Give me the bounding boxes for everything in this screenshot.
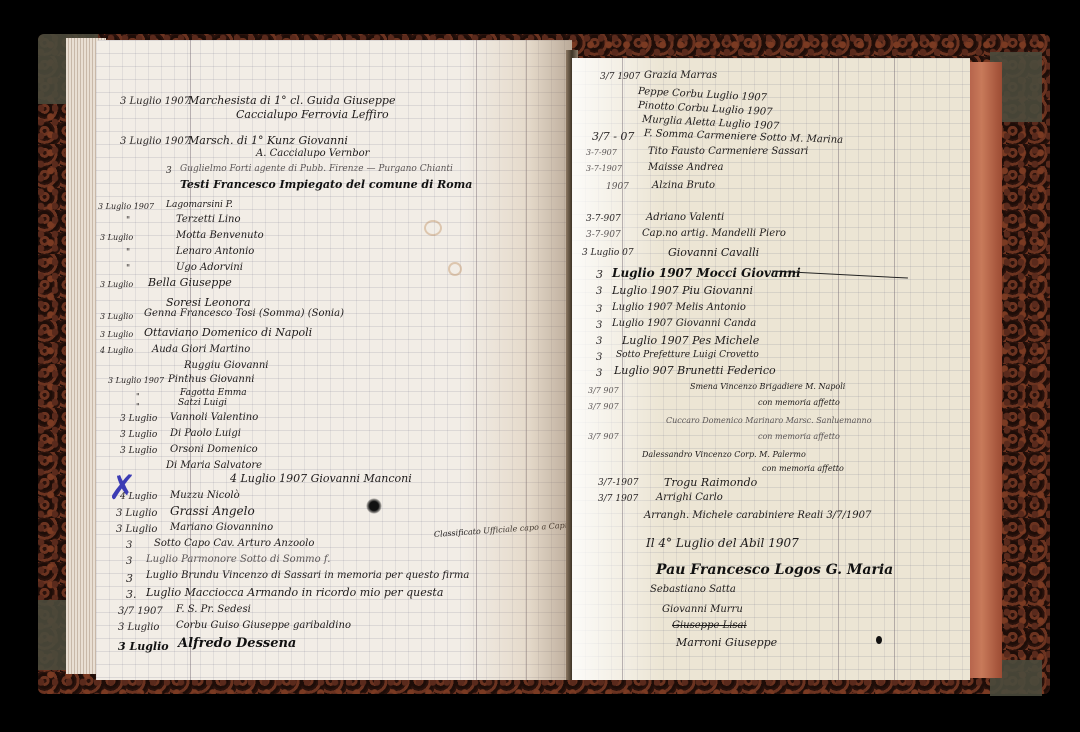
entry-text: Fagotta Emma	[180, 388, 247, 398]
entry-text: Giuseppe Lisai	[672, 620, 747, 631]
entry-text: Terzetti Lino	[176, 214, 241, 225]
entry-text: Luglio Brundu Vincenzo di Sassari in mem…	[146, 570, 469, 581]
entry-text: Giovanni Murru	[662, 604, 743, 615]
entry-date: 3 Luglio	[100, 233, 133, 242]
page-edges-right	[968, 62, 1002, 678]
entry-date: 3 Luglio	[100, 312, 133, 321]
column-rule	[526, 40, 527, 680]
entry-text: Luglio 1907 Giovanni Canda	[612, 318, 756, 329]
entry-text: Testi Francesco Impiegato del comune di …	[180, 178, 472, 191]
entry-text: Vannoli Valentino	[170, 412, 258, 423]
entry-text: Di Paolo Luigi	[170, 428, 241, 439]
entry-date: 3 Luglio 1907	[120, 136, 190, 147]
ink-dot	[876, 636, 882, 644]
entry-text: Marroni Giuseppe	[676, 636, 777, 649]
entry-text: Luglio 907 Brunetti Federico	[614, 364, 776, 377]
entry-date: 3 Luglio	[116, 524, 157, 535]
entry-date: 3 Luglio	[120, 446, 157, 456]
entry-date: 3/7 - 07	[592, 130, 634, 143]
entry-note: Classificato Ufficiale capo a Caprera (T…	[434, 517, 572, 539]
entry-text: Bella Giuseppe	[148, 276, 232, 289]
entry-date: 3	[126, 572, 133, 585]
entry-date: 3	[126, 556, 132, 567]
entry-date: "	[136, 402, 140, 411]
entry-text: Motta Benvenuto	[176, 230, 264, 241]
entry-text: Sotto Prefetture Luigi Crovetto	[616, 350, 759, 360]
entry-subtext: A. Caccialupo Vernbor	[256, 148, 369, 159]
entry-date: 3/7 1907	[118, 606, 163, 617]
entry-date: 3/7 1907	[598, 494, 638, 504]
entry-text: Ruggiu Giovanni	[184, 360, 269, 371]
column-rule	[838, 58, 839, 680]
entry-text: Arrangh. Michele carabiniere Reali 3/7/1…	[644, 510, 871, 521]
entry-date: 3	[596, 320, 602, 331]
entry-date: 4 Luglio	[100, 346, 133, 355]
entry-date: 3 Luglio 1907	[108, 376, 164, 385]
entry-text: Corbu Guiso Giuseppe garibaldino	[176, 620, 351, 631]
entry-date: 3 Luglio 1907	[98, 202, 154, 211]
entry-text: Trogu Raimondo	[664, 476, 757, 489]
entry-date: 3 Luglio	[116, 508, 157, 519]
entry-date: 3 Luglio	[118, 622, 159, 633]
entry-text: Tito Fausto Carmeniere Sassari	[648, 146, 808, 157]
entry-date: 3	[596, 336, 602, 347]
entry-date: 3/7 907	[588, 432, 619, 441]
entry-text: Auda Giori Martino	[152, 344, 250, 355]
entry-date: 3/7 907	[588, 386, 619, 395]
entry-date: 3	[596, 304, 602, 315]
entry-text: Luglio 1907 Melis Antonio	[612, 302, 746, 313]
entry-text: Lenaro Antonio	[176, 246, 254, 257]
entry-date: 3	[126, 540, 132, 551]
entry-date: "	[136, 392, 140, 401]
entry-text: Ugo Adorvini	[176, 262, 243, 273]
stain	[424, 220, 442, 236]
entry-text: Maisse Andrea	[648, 162, 723, 173]
entry-date: 3 Luglio	[100, 280, 133, 289]
entry-text: Genna Francesco Tosi (Somma) (Sonia)	[144, 308, 344, 319]
entry-date: "	[126, 264, 130, 274]
right-page: 3/7 1907 Grazia Marras Peppe Corbu Lugli…	[572, 58, 970, 680]
entry-date: 3 Luglio	[100, 330, 133, 339]
entry-text: Pau Francesco Logos G. Maria	[656, 562, 893, 578]
entry-date: 3-7-907	[586, 148, 617, 157]
entry-text: Il 4° Luglio del Abil 1907	[646, 536, 799, 550]
entry-date: 3/7 1907	[600, 72, 640, 82]
entry-text: Luglio Macciocca Armando in ricordo mio …	[146, 586, 443, 599]
entry-date: 3-7-907	[586, 214, 621, 224]
entry-date: 3 Luglio 1907	[120, 96, 190, 107]
left-page: 3 Luglio 1907 Marchesista di 1° cl. Guid…	[96, 40, 572, 680]
entry-date: 3 Luglio 07	[582, 248, 634, 258]
entry-text: Marchesista di 1° cl. Guida Giuseppe	[188, 94, 395, 107]
entry-text: Sotto Capo Cav. Arturo Anzoolo	[154, 538, 314, 549]
entry-date: 3	[596, 352, 602, 363]
entry-text: Adriano Valenti	[646, 212, 724, 223]
entry-text: Cuccaro Domenico Marinaro Marsc. Sanluem…	[666, 416, 872, 425]
column-rule	[894, 58, 895, 680]
entry-date: 3 Luglio	[118, 640, 169, 653]
entry-subtext: Caccialupo Ferrovia Leffiro	[236, 108, 389, 121]
entry-date: "	[126, 248, 130, 258]
entry-text: Guglielmo Forti agente di Pubb. Firenze …	[180, 164, 453, 174]
entry-date: 3/7-1907	[598, 478, 638, 488]
entry-text: Luglio 1907 Mocci Giovanni	[612, 266, 801, 280]
entry-date: 3-7-907	[586, 230, 621, 240]
ink-blot	[366, 498, 382, 514]
entry-date: 3.	[126, 588, 137, 601]
entry-text: Luglio Parmonore Sotto di Sommo f.	[146, 554, 330, 565]
entry-text: Sebastiano Satta	[650, 584, 736, 595]
entry-text: Cap.no artig. Mandelli Piero	[642, 228, 786, 239]
entry-text: Luglio 1907 Pes Michele	[622, 334, 759, 347]
entry-text: Alzina Bruto	[652, 180, 715, 191]
entry-text: Di Maria Salvatore	[166, 460, 262, 471]
entry-text: con memoria affetto	[758, 398, 840, 407]
entry-text: F. Somma Carmeniere Sotto M. Marina	[644, 128, 843, 146]
entry-text: Lagomarsini P.	[166, 200, 233, 210]
entry-text: Arrighi Carlo	[656, 492, 723, 503]
stain	[448, 262, 462, 276]
entry-text: con memoria affetto	[762, 464, 844, 473]
entry-text: Muzzu Nicolò	[170, 490, 240, 501]
entry-text: Dalessandro Vincenzo Corp. M. Palermo	[642, 450, 806, 459]
entry-date: 3	[596, 368, 602, 379]
entry-text: Smena Vincenzo Brigadiere M. Napoli	[690, 382, 845, 391]
entry-date: 3	[596, 268, 603, 281]
entry-date: "	[126, 216, 130, 226]
entry-text: F. S. Pr. Sedesi	[176, 604, 251, 615]
entry-text: Satzi Luigi	[178, 398, 227, 408]
entry-date: 3/7 907	[588, 402, 619, 411]
entry-date: 3	[596, 286, 602, 297]
entry-text: Giovanni Cavalli	[668, 246, 759, 259]
column-rule	[476, 40, 477, 680]
entry-text: Mariano Giovannino	[170, 522, 273, 533]
entry-date: 3 Luglio	[120, 414, 157, 424]
entry-date: 3	[166, 166, 172, 176]
entry-date: 1907	[606, 182, 629, 192]
entry-text: Grazia Marras	[644, 70, 717, 81]
entry-text: Orsoni Domenico	[170, 444, 258, 455]
entry-text: con memoria affetto	[758, 432, 840, 441]
blue-x-mark: ✗	[108, 468, 137, 508]
entry-text: 4 Luglio 1907 Giovanni Manconi	[230, 472, 412, 485]
entry-text: Grassi Angelo	[170, 504, 255, 518]
entry-text: Pinthus Giovanni	[168, 374, 254, 385]
entry-date: 3 Luglio	[120, 430, 157, 440]
entry-text: Alfredo Dessena	[178, 636, 296, 651]
entry-date: 3-7-1907	[586, 164, 622, 173]
entry-text: Marsch. di 1° Kunz Giovanni	[188, 134, 348, 147]
entry-text: Ottaviano Domenico di Napoli	[144, 326, 312, 339]
entry-text: Luglio 1907 Piu Giovanni	[612, 284, 753, 297]
